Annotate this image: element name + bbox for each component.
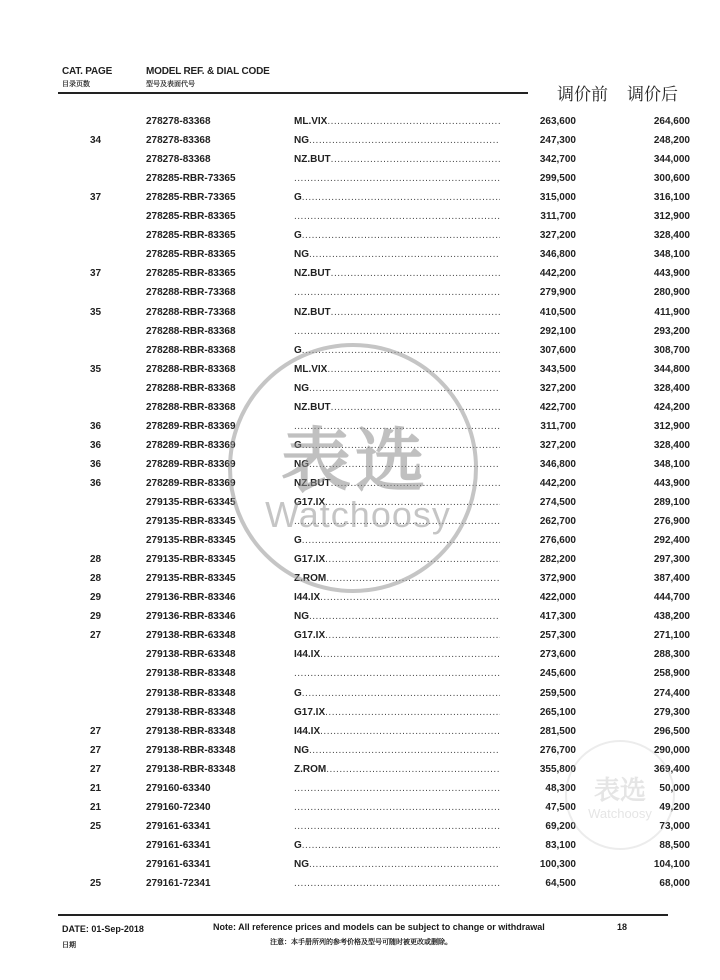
price-after-cell: 443,900 xyxy=(654,478,690,489)
table-row: 279138-RBR-83348........................… xyxy=(0,666,720,685)
model-ref-cell: 279135-RBR-83345 xyxy=(146,573,236,584)
model-header: MODEL REF. & DIAL CODE xyxy=(146,66,270,77)
dot-leader: ........................................… xyxy=(302,535,500,546)
dial-code-cell: G.......................................… xyxy=(294,345,500,356)
price-after-cell: 369,400 xyxy=(654,764,690,775)
model-ref-cell: 279161-63341 xyxy=(146,840,211,851)
dot-leader: ........................................… xyxy=(294,668,500,679)
footer-note-cn: 注意：本手册所列的参考价格及型号可随时被更改或删除。 xyxy=(270,937,452,947)
price-after-cell: 88,500 xyxy=(659,840,690,851)
dot-leader: ........................................… xyxy=(302,688,500,699)
table-row: 279161-63341NG..........................… xyxy=(0,857,720,876)
dot-leader: ........................................… xyxy=(294,173,500,184)
dial-code-label: NG xyxy=(294,249,309,260)
dot-leader: ........................................… xyxy=(309,135,500,146)
price-before-cell: 279,900 xyxy=(540,287,576,298)
cat-page-cell: 29 xyxy=(90,611,101,622)
cat-page-cell: 35 xyxy=(90,364,101,375)
dot-leader: ........................................… xyxy=(325,554,500,565)
table-row: 29279136-RBR-83346NG....................… xyxy=(0,609,720,628)
price-after-header: 调价后 xyxy=(627,80,678,105)
model-ref-cell: 278289-RBR-83369 xyxy=(146,459,236,470)
model-ref-cell: 278285-RBR-83365 xyxy=(146,211,236,222)
model-ref-cell: 278278-83368 xyxy=(146,135,211,146)
cat-page-cell: 29 xyxy=(90,592,101,603)
price-before-cell: 262,700 xyxy=(540,516,576,527)
dial-code-label: Z.ROM xyxy=(294,764,326,775)
dial-code-label: I44.IX xyxy=(294,726,320,737)
dot-leader: ........................................… xyxy=(331,154,500,165)
dot-leader: ........................................… xyxy=(294,802,500,813)
dial-code-cell: G17.IX..................................… xyxy=(294,707,500,718)
price-before-cell: 292,100 xyxy=(540,326,576,337)
dial-code-label: NG xyxy=(294,745,309,756)
price-before-cell: 69,200 xyxy=(545,821,576,832)
table-row: 28279135-RBR-83345Z.ROM.................… xyxy=(0,571,720,590)
price-after-cell: 296,500 xyxy=(654,726,690,737)
dot-leader: ........................................… xyxy=(309,611,500,622)
cat-page-header-cn: 目录页数 xyxy=(62,79,90,89)
model-header-cn: 型号及表面代号 xyxy=(146,79,195,89)
dot-leader: ........................................… xyxy=(309,383,500,394)
price-after-cell: 289,100 xyxy=(654,497,690,508)
model-ref-cell: 279161-63341 xyxy=(146,821,211,832)
model-ref-cell: 279160-72340 xyxy=(146,802,211,813)
model-ref-cell: 278289-RBR-83369 xyxy=(146,478,236,489)
cat-page-cell: 34 xyxy=(90,135,101,146)
price-after-cell: 348,100 xyxy=(654,459,690,470)
price-before-cell: 343,500 xyxy=(540,364,576,375)
dot-leader: ........................................… xyxy=(309,745,500,756)
price-before-cell: 276,600 xyxy=(540,535,576,546)
model-ref-cell: 278285-RBR-73365 xyxy=(146,173,236,184)
price-after-cell: 312,900 xyxy=(654,421,690,432)
dial-code-cell: G17.IX..................................… xyxy=(294,554,500,565)
model-ref-cell: 279138-RBR-83348 xyxy=(146,707,236,718)
dot-leader: ........................................… xyxy=(331,478,500,489)
dial-code-label: G17.IX xyxy=(294,630,325,641)
dot-leader: ........................................… xyxy=(294,516,500,527)
dial-code-label: G17.IX xyxy=(294,554,325,565)
dial-code-cell: ........................................… xyxy=(294,516,500,527)
dot-leader: ........................................… xyxy=(302,230,500,241)
model-ref-cell: 279138-RBR-83348 xyxy=(146,726,236,737)
dial-code-cell: NZ.BUT..................................… xyxy=(294,154,500,165)
price-before-cell: 315,000 xyxy=(540,192,576,203)
model-ref-cell: 279138-RBR-83348 xyxy=(146,688,236,699)
price-after-cell: 316,100 xyxy=(654,192,690,203)
dial-code-cell: ........................................… xyxy=(294,783,500,794)
dot-leader: ........................................… xyxy=(309,459,500,470)
price-before-cell: 346,800 xyxy=(540,459,576,470)
dot-leader: ........................................… xyxy=(294,821,500,832)
price-after-cell: 328,400 xyxy=(654,230,690,241)
table-row: 279161-63341G...........................… xyxy=(0,838,720,857)
model-ref-cell: 278285-RBR-83365 xyxy=(146,268,236,279)
dial-code-label: G xyxy=(294,840,302,851)
price-before-cell: 83,100 xyxy=(545,840,576,851)
price-before-cell: 245,600 xyxy=(540,668,576,679)
price-after-cell: 300,600 xyxy=(654,173,690,184)
price-before-cell: 327,200 xyxy=(540,230,576,241)
dot-leader: ........................................… xyxy=(302,192,500,203)
cat-page-cell: 27 xyxy=(90,726,101,737)
model-ref-cell: 279160-63340 xyxy=(146,783,211,794)
table-row: 278288-RBR-83368........................… xyxy=(0,324,720,343)
table-row: 278288-RBR-83368NZ.BUT..................… xyxy=(0,400,720,419)
table-row: 27279138-RBR-83348Z.ROM.................… xyxy=(0,762,720,781)
dial-code-label: G xyxy=(294,440,302,451)
dial-code-cell: ........................................… xyxy=(294,802,500,813)
dot-leader: ........................................… xyxy=(294,421,500,432)
price-after-cell: 49,200 xyxy=(659,802,690,813)
dot-leader: ........................................… xyxy=(320,592,500,603)
dot-leader: ........................................… xyxy=(327,364,500,375)
model-ref-cell: 278288-RBR-83368 xyxy=(146,383,236,394)
dial-code-cell: ML.VIX..................................… xyxy=(294,364,500,375)
footer-divider xyxy=(58,914,668,916)
price-before-cell: 257,300 xyxy=(540,630,576,641)
dial-code-cell: ........................................… xyxy=(294,326,500,337)
price-before-cell: 259,500 xyxy=(540,688,576,699)
table-row: 279138-RBR-63348I44.IX..................… xyxy=(0,647,720,666)
table-row: 279135-RBR-83345G.......................… xyxy=(0,533,720,552)
cat-page-cell: 37 xyxy=(90,268,101,279)
dial-code-cell: G.......................................… xyxy=(294,192,500,203)
dial-code-label: G xyxy=(294,345,302,356)
table-row: 21279160-72340..........................… xyxy=(0,800,720,819)
dial-code-cell: NG......................................… xyxy=(294,135,500,146)
dot-leader: ........................................… xyxy=(309,249,500,260)
price-after-cell: 308,700 xyxy=(654,345,690,356)
dial-code-label: NZ.BUT xyxy=(294,402,331,413)
dot-leader: ........................................… xyxy=(302,840,500,851)
price-after-cell: 411,900 xyxy=(654,307,690,318)
model-ref-cell: 279138-RBR-83348 xyxy=(146,745,236,756)
dial-code-label: ML.VIX xyxy=(294,116,327,127)
dial-code-label: G xyxy=(294,535,302,546)
price-after-cell: 279,300 xyxy=(654,707,690,718)
table-row: 278288-RBR-83368NG......................… xyxy=(0,381,720,400)
dot-leader: ........................................… xyxy=(325,497,500,508)
dot-leader: ........................................… xyxy=(331,402,500,413)
table-row: 278285-RBR-83365NG......................… xyxy=(0,247,720,266)
dial-code-cell: NG......................................… xyxy=(294,383,500,394)
price-after-cell: 344,800 xyxy=(654,364,690,375)
price-after-cell: 297,300 xyxy=(654,554,690,565)
dial-code-cell: NG......................................… xyxy=(294,745,500,756)
model-ref-cell: 278289-RBR-83369 xyxy=(146,440,236,451)
price-before-cell: 422,700 xyxy=(540,402,576,413)
dot-leader: ........................................… xyxy=(325,707,500,718)
model-ref-cell: 279138-RBR-83348 xyxy=(146,668,236,679)
dot-leader: ........................................… xyxy=(294,287,500,298)
price-before-cell: 417,300 xyxy=(540,611,576,622)
price-before-cell: 274,500 xyxy=(540,497,576,508)
table-row: 36278289-RBR-83369G.....................… xyxy=(0,438,720,457)
dot-leader: ........................................… xyxy=(294,878,500,889)
table-row: 278288-RBR-73368........................… xyxy=(0,285,720,304)
dot-leader: ........................................… xyxy=(326,764,500,775)
table-row: 278285-RBR-73365........................… xyxy=(0,171,720,190)
model-ref-cell: 279136-RBR-83346 xyxy=(146,592,236,603)
model-ref-cell: 278288-RBR-83368 xyxy=(146,364,236,375)
price-before-cell: 100,300 xyxy=(540,859,576,870)
model-ref-cell: 279135-RBR-83345 xyxy=(146,516,236,527)
price-before-cell: 342,700 xyxy=(540,154,576,165)
table-row: 279138-RBR-83348G.......................… xyxy=(0,686,720,705)
table-row: 35278288-RBR-83368ML.VIX................… xyxy=(0,362,720,381)
table-row: 278278-83368NZ.BUT......................… xyxy=(0,152,720,171)
dial-code-cell: I44.IX..................................… xyxy=(294,726,500,737)
price-after-cell: 292,400 xyxy=(654,535,690,546)
table-row: 37278285-RBR-83365NZ.BUT................… xyxy=(0,266,720,285)
dot-leader: ........................................… xyxy=(294,326,500,337)
dial-code-cell: NG......................................… xyxy=(294,459,500,470)
table-row: 27279138-RBR-63348G17.IX................… xyxy=(0,628,720,647)
dial-code-cell: ........................................… xyxy=(294,668,500,679)
table-row: 278285-RBR-83365G.......................… xyxy=(0,228,720,247)
dial-code-cell: I44.IX..................................… xyxy=(294,592,500,603)
price-before-cell: 311,700 xyxy=(540,211,576,222)
price-before-cell: 410,500 xyxy=(540,307,576,318)
price-after-cell: 348,100 xyxy=(654,249,690,260)
dot-leader: ........................................… xyxy=(294,783,500,794)
dial-code-cell: Z.ROM...................................… xyxy=(294,764,500,775)
dial-code-label: G xyxy=(294,192,302,203)
cat-page-cell: 28 xyxy=(90,554,101,565)
cat-page-cell: 27 xyxy=(90,745,101,756)
dial-code-label: ML.VIX xyxy=(294,364,327,375)
price-after-cell: 312,900 xyxy=(654,211,690,222)
model-ref-cell: 279138-RBR-63348 xyxy=(146,649,236,660)
model-ref-cell: 279135-RBR-83345 xyxy=(146,535,236,546)
dial-code-label: NZ.BUT xyxy=(294,478,331,489)
cat-page-cell: 36 xyxy=(90,421,101,432)
price-before-cell: 307,600 xyxy=(540,345,576,356)
dial-code-label: G xyxy=(294,688,302,699)
price-before-cell: 346,800 xyxy=(540,249,576,260)
price-after-cell: 104,100 xyxy=(654,859,690,870)
dial-code-label: G17.IX xyxy=(294,497,325,508)
model-ref-cell: 278285-RBR-83365 xyxy=(146,249,236,260)
cat-page-cell: 27 xyxy=(90,630,101,641)
model-ref-cell: 278285-RBR-73365 xyxy=(146,192,236,203)
table-row: 25279161-63341..........................… xyxy=(0,819,720,838)
price-before-cell: 327,200 xyxy=(540,440,576,451)
price-after-cell: 276,900 xyxy=(654,516,690,527)
price-after-cell: 274,400 xyxy=(654,688,690,699)
cat-page-header: CAT. PAGE xyxy=(62,66,112,77)
price-after-cell: 280,900 xyxy=(654,287,690,298)
price-after-cell: 271,100 xyxy=(654,630,690,641)
table-row: 279138-RBR-83348G17.IX..................… xyxy=(0,705,720,724)
price-before-cell: 263,600 xyxy=(540,116,576,127)
dial-code-cell: ........................................… xyxy=(294,287,500,298)
model-ref-cell: 278288-RBR-83368 xyxy=(146,402,236,413)
price-before-cell: 311,700 xyxy=(540,421,576,432)
price-after-cell: 258,900 xyxy=(654,668,690,679)
dial-code-cell: NG......................................… xyxy=(294,249,500,260)
model-ref-cell: 279135-RBR-63345 xyxy=(146,497,236,508)
cat-page-cell: 21 xyxy=(90,783,101,794)
dot-leader: ........................................… xyxy=(331,307,500,318)
price-before-cell: 442,200 xyxy=(540,268,576,279)
model-ref-cell: 279136-RBR-83346 xyxy=(146,611,236,622)
dial-code-label: NG xyxy=(294,135,309,146)
dial-code-cell: ........................................… xyxy=(294,211,500,222)
model-ref-cell: 279138-RBR-63348 xyxy=(146,630,236,641)
dial-code-cell: NZ.BUT..................................… xyxy=(294,478,500,489)
table-row: 25279161-72341..........................… xyxy=(0,876,720,895)
dial-code-label: G17.IX xyxy=(294,707,325,718)
cat-page-cell: 35 xyxy=(90,307,101,318)
table-row: 36278289-RBR-83369NZ.BUT................… xyxy=(0,476,720,495)
model-ref-cell: 278285-RBR-83365 xyxy=(146,230,236,241)
dial-code-cell: G.......................................… xyxy=(294,840,500,851)
model-ref-cell: 278288-RBR-83368 xyxy=(146,326,236,337)
table-row: 21279160-63340..........................… xyxy=(0,781,720,800)
model-ref-cell: 279135-RBR-83345 xyxy=(146,554,236,565)
price-before-cell: 299,500 xyxy=(540,173,576,184)
table-row: 278278-83368ML.VIX......................… xyxy=(0,114,720,133)
price-after-cell: 248,200 xyxy=(654,135,690,146)
cat-page-cell: 25 xyxy=(90,878,101,889)
dial-code-label: NG xyxy=(294,859,309,870)
cat-page-cell: 28 xyxy=(90,573,101,584)
price-after-cell: 68,000 xyxy=(659,878,690,889)
model-ref-cell: 279161-72341 xyxy=(146,878,211,889)
table-row: 37278285-RBR-73365G.....................… xyxy=(0,190,720,209)
cat-page-cell: 36 xyxy=(90,440,101,451)
price-after-cell: 328,400 xyxy=(654,383,690,394)
model-ref-cell: 278278-83368 xyxy=(146,154,211,165)
dial-code-cell: ML.VIX..................................… xyxy=(294,116,500,127)
dial-code-cell: Z.ROM...................................… xyxy=(294,573,500,584)
dot-leader: ........................................… xyxy=(309,859,500,870)
dial-code-label: NG xyxy=(294,383,309,394)
table-row: 35278288-RBR-73368NZ.BUT................… xyxy=(0,305,720,324)
table-row: 278285-RBR-83365........................… xyxy=(0,209,720,228)
price-after-cell: 288,300 xyxy=(654,649,690,660)
model-ref-cell: 278288-RBR-83368 xyxy=(146,345,236,356)
price-after-cell: 424,200 xyxy=(654,402,690,413)
dial-code-label: NG xyxy=(294,611,309,622)
dial-code-cell: NZ.BUT..................................… xyxy=(294,268,500,279)
cat-page-cell: 36 xyxy=(90,459,101,470)
footer-note: Note: All reference prices and models ca… xyxy=(213,922,545,932)
table-row: 28279135-RBR-83345G17.IX................… xyxy=(0,552,720,571)
cat-page-cell: 25 xyxy=(90,821,101,832)
table-row: 34278278-83368NG........................… xyxy=(0,133,720,152)
price-before-header: 调价前 xyxy=(557,80,608,105)
dial-code-cell: NZ.BUT..................................… xyxy=(294,307,500,318)
header-divider xyxy=(58,92,528,94)
price-before-cell: 355,800 xyxy=(540,764,576,775)
dot-leader: ........................................… xyxy=(320,726,500,737)
price-before-cell: 64,500 xyxy=(545,878,576,889)
price-after-cell: 443,900 xyxy=(654,268,690,279)
price-after-cell: 438,200 xyxy=(654,611,690,622)
dial-code-label: NG xyxy=(294,459,309,470)
dial-code-cell: ........................................… xyxy=(294,821,500,832)
table-row: 27279138-RBR-83348NG....................… xyxy=(0,743,720,762)
price-before-cell: 276,700 xyxy=(540,745,576,756)
dial-code-cell: NG......................................… xyxy=(294,859,500,870)
dot-leader: ........................................… xyxy=(302,440,500,451)
model-ref-cell: 279138-RBR-83348 xyxy=(146,764,236,775)
dial-code-cell: G.......................................… xyxy=(294,535,500,546)
price-before-cell: 265,100 xyxy=(540,707,576,718)
dial-code-cell: G.......................................… xyxy=(294,688,500,699)
dot-leader: ........................................… xyxy=(320,649,500,660)
page-number: 18 xyxy=(617,922,627,932)
cat-page-cell: 21 xyxy=(90,802,101,813)
model-ref-cell: 278289-RBR-83369 xyxy=(146,421,236,432)
price-before-cell: 281,500 xyxy=(540,726,576,737)
dial-code-cell: G17.IX..................................… xyxy=(294,497,500,508)
price-before-cell: 442,200 xyxy=(540,478,576,489)
dot-leader: ........................................… xyxy=(302,345,500,356)
price-after-cell: 344,000 xyxy=(654,154,690,165)
table-row: 279135-RBR-83345........................… xyxy=(0,514,720,533)
cat-page-cell: 27 xyxy=(90,764,101,775)
dial-code-cell: ........................................… xyxy=(294,878,500,889)
price-after-cell: 328,400 xyxy=(654,440,690,451)
price-before-cell: 48,300 xyxy=(545,783,576,794)
price-before-cell: 273,600 xyxy=(540,649,576,660)
price-before-cell: 47,500 xyxy=(545,802,576,813)
dial-code-cell: G.......................................… xyxy=(294,440,500,451)
dial-code-label: NZ.BUT xyxy=(294,307,331,318)
model-ref-cell: 278278-83368 xyxy=(146,116,211,127)
model-ref-cell: 278288-RBR-73368 xyxy=(146,287,236,298)
table-row: 279135-RBR-63345G17.IX..................… xyxy=(0,495,720,514)
dot-leader: ........................................… xyxy=(327,116,500,127)
cat-page-cell: 37 xyxy=(90,192,101,203)
dial-code-cell: I44.IX..................................… xyxy=(294,649,500,660)
dial-code-label: I44.IX xyxy=(294,649,320,660)
dot-leader: ........................................… xyxy=(325,630,500,641)
dial-code-cell: NG......................................… xyxy=(294,611,500,622)
price-after-cell: 444,700 xyxy=(654,592,690,603)
table-row: 27279138-RBR-83348I44.IX................… xyxy=(0,724,720,743)
dial-code-cell: G.......................................… xyxy=(294,230,500,241)
table-row: 36278289-RBR-83369......................… xyxy=(0,419,720,438)
dot-leader: ........................................… xyxy=(331,268,500,279)
dial-code-label: I44.IX xyxy=(294,592,320,603)
price-after-cell: 387,400 xyxy=(654,573,690,584)
dial-code-label: Z.ROM xyxy=(294,573,326,584)
price-before-cell: 422,000 xyxy=(540,592,576,603)
dial-code-cell: ........................................… xyxy=(294,421,500,432)
price-before-cell: 372,900 xyxy=(540,573,576,584)
price-before-cell: 282,200 xyxy=(540,554,576,565)
dial-code-cell: NZ.BUT..................................… xyxy=(294,402,500,413)
price-after-cell: 50,000 xyxy=(659,783,690,794)
cat-page-cell: 36 xyxy=(90,478,101,489)
price-after-cell: 73,000 xyxy=(659,821,690,832)
model-ref-cell: 278288-RBR-73368 xyxy=(146,307,236,318)
dial-code-label: G xyxy=(294,230,302,241)
footer-date-cn: 日期 xyxy=(62,940,76,950)
dot-leader: ........................................… xyxy=(294,211,500,222)
price-after-cell: 290,000 xyxy=(654,745,690,756)
price-after-cell: 293,200 xyxy=(654,326,690,337)
table-row: 29279136-RBR-83346I44.IX................… xyxy=(0,590,720,609)
table-row: 278288-RBR-83368G.......................… xyxy=(0,343,720,362)
footer-date: DATE: 01-Sep-2018 xyxy=(62,924,144,934)
